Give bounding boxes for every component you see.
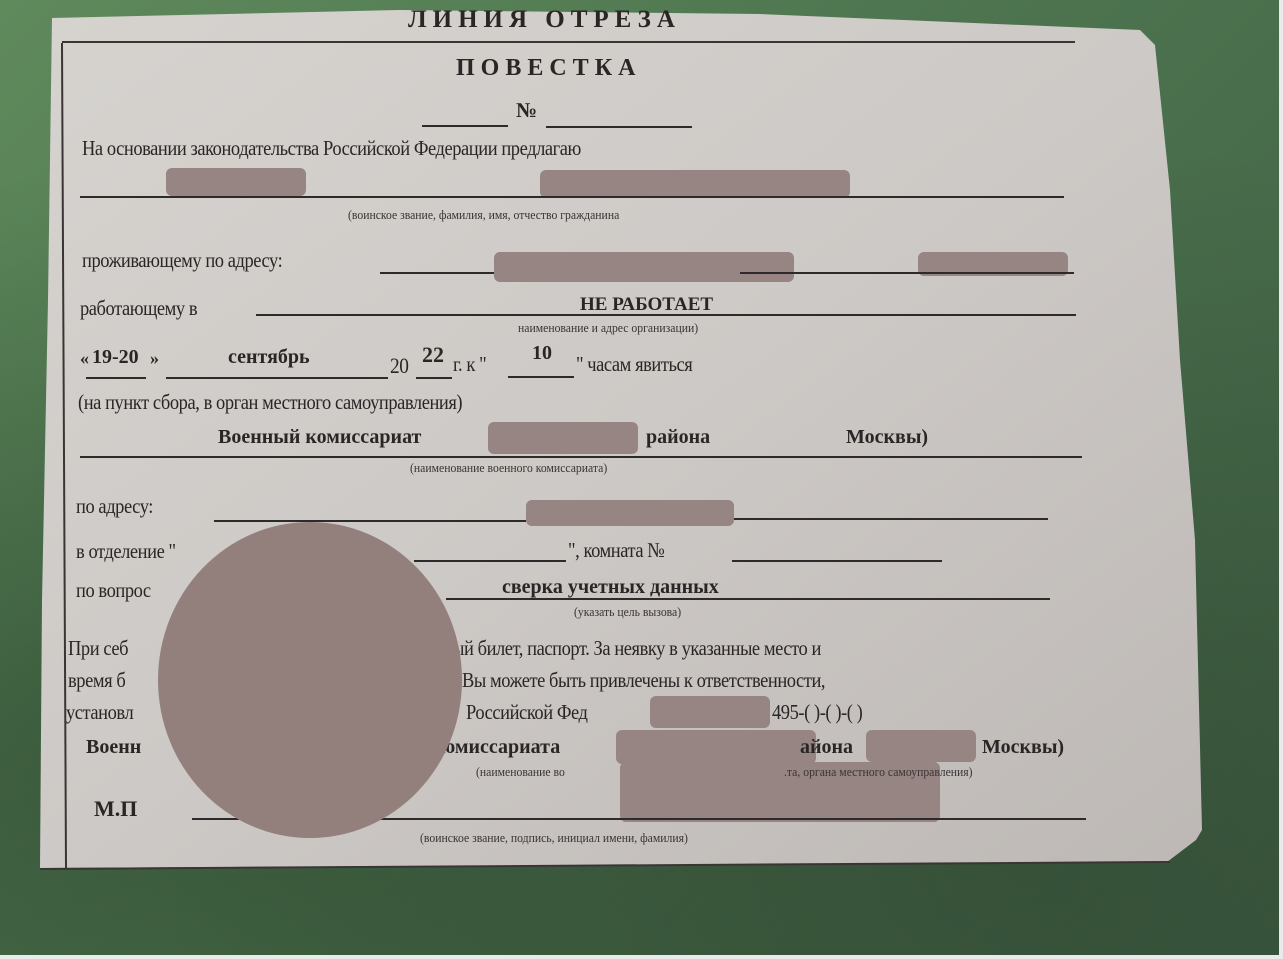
redacted-citizen-name [540, 170, 850, 198]
signature-commissariat-part3: айона [800, 736, 853, 759]
notice-line1-end: ый билет, паспорт. За неявку в указанные… [452, 636, 821, 661]
citizen-line [80, 196, 1064, 198]
address-line-left [380, 272, 494, 274]
notice-line3-start: установл [66, 700, 133, 725]
room-line [732, 560, 942, 562]
number-line-right [546, 126, 692, 128]
redacted-stamp-circle [158, 522, 462, 838]
hour-line [508, 376, 574, 378]
redacted-law-reference [650, 696, 770, 728]
notice-line3-mid: Российской Фед [466, 700, 587, 725]
work-label: работающему в [80, 296, 197, 321]
work-caption: наименование и адрес организации) [518, 320, 698, 336]
signer-caption: (воинское звание, подпись, инициал имени… [420, 830, 688, 846]
commissariat-address-line-right [734, 518, 1048, 520]
work-value: НЕ РАБОТАЕТ [580, 294, 713, 316]
hour-value: 10 [532, 342, 552, 365]
redacted-rank [166, 168, 306, 196]
commissariat-address-line-left [214, 520, 526, 522]
redacted-address [494, 252, 794, 282]
notice-line1-start: При себ [68, 636, 128, 661]
department-line [414, 560, 566, 562]
question-line [446, 598, 1050, 600]
year-prefix: 20 [390, 353, 408, 379]
question-label: по вопрос [76, 578, 151, 603]
signature-caption-start: (наименование во [476, 764, 565, 780]
month-line [166, 377, 388, 379]
address-line-right [740, 272, 1074, 274]
stamp-label: М.П [94, 796, 137, 822]
signature-commissariat-part1: Военн [86, 736, 141, 759]
day-close-quote: » [150, 348, 159, 369]
number-label: № [516, 98, 537, 123]
summons-paper: ЛИНИЯ ОТРЕЗА ПОВЕСТКА № На основании зак… [0, 0, 1283, 959]
year-suffix: 22 [422, 342, 444, 368]
question-value: сверка учетных данных [502, 576, 719, 599]
intro-text: На основании законодательства Российской… [82, 136, 581, 161]
cut-line-label: ЛИНИЯ ОТРЕЗА [408, 6, 681, 34]
redacted-signature-city [866, 730, 976, 762]
citizen-caption: (воинское звание, фамилия, имя, отчество… [348, 207, 619, 223]
year-label: г. к " [453, 352, 486, 377]
commissariat-line [80, 456, 1082, 458]
question-caption: (указать цель вызова) [574, 604, 681, 620]
commissariat-name-part1: Военный комиссариат [218, 426, 421, 449]
day-open-quote: « [80, 348, 89, 369]
signature-commissariat-part2: комиссариата [434, 736, 560, 759]
signature-commissariat-part4: Москвы) [982, 736, 1064, 759]
hour-suffix: " часам явиться [576, 352, 692, 377]
commissariat-caption: (наименование военного комиссариата) [410, 460, 607, 476]
redacted-district [488, 422, 638, 454]
notice-line2-start: время б [68, 668, 125, 693]
department-room-label: ", комната № [568, 538, 664, 563]
month-value: сентябрь [228, 346, 310, 369]
notice-line2-end: Вы можете быть привлечены к ответственно… [462, 668, 825, 693]
department-label: в отделение " [76, 539, 176, 564]
phone-number: 495-( )-( )-( ) [772, 700, 862, 725]
number-line-left [422, 125, 508, 127]
redacted-commissariat-address [526, 500, 734, 526]
redacted-signature-district [616, 730, 816, 764]
commissariat-address-label: по адресу: [76, 494, 153, 519]
signature-caption-end: .та, органа местного самоуправления) [784, 764, 973, 780]
day-line [86, 377, 146, 379]
commissariat-name-part2: района [646, 426, 710, 449]
address-label: проживающему по адресу: [82, 248, 282, 273]
assembly-note: (на пункт сбора, в орган местного самоуп… [78, 390, 462, 415]
commissariat-name-part3: Москвы) [846, 426, 928, 449]
day-value: 19-20 [92, 346, 139, 369]
year-line [416, 377, 452, 379]
document-title: ПОВЕСТКА [456, 55, 641, 82]
